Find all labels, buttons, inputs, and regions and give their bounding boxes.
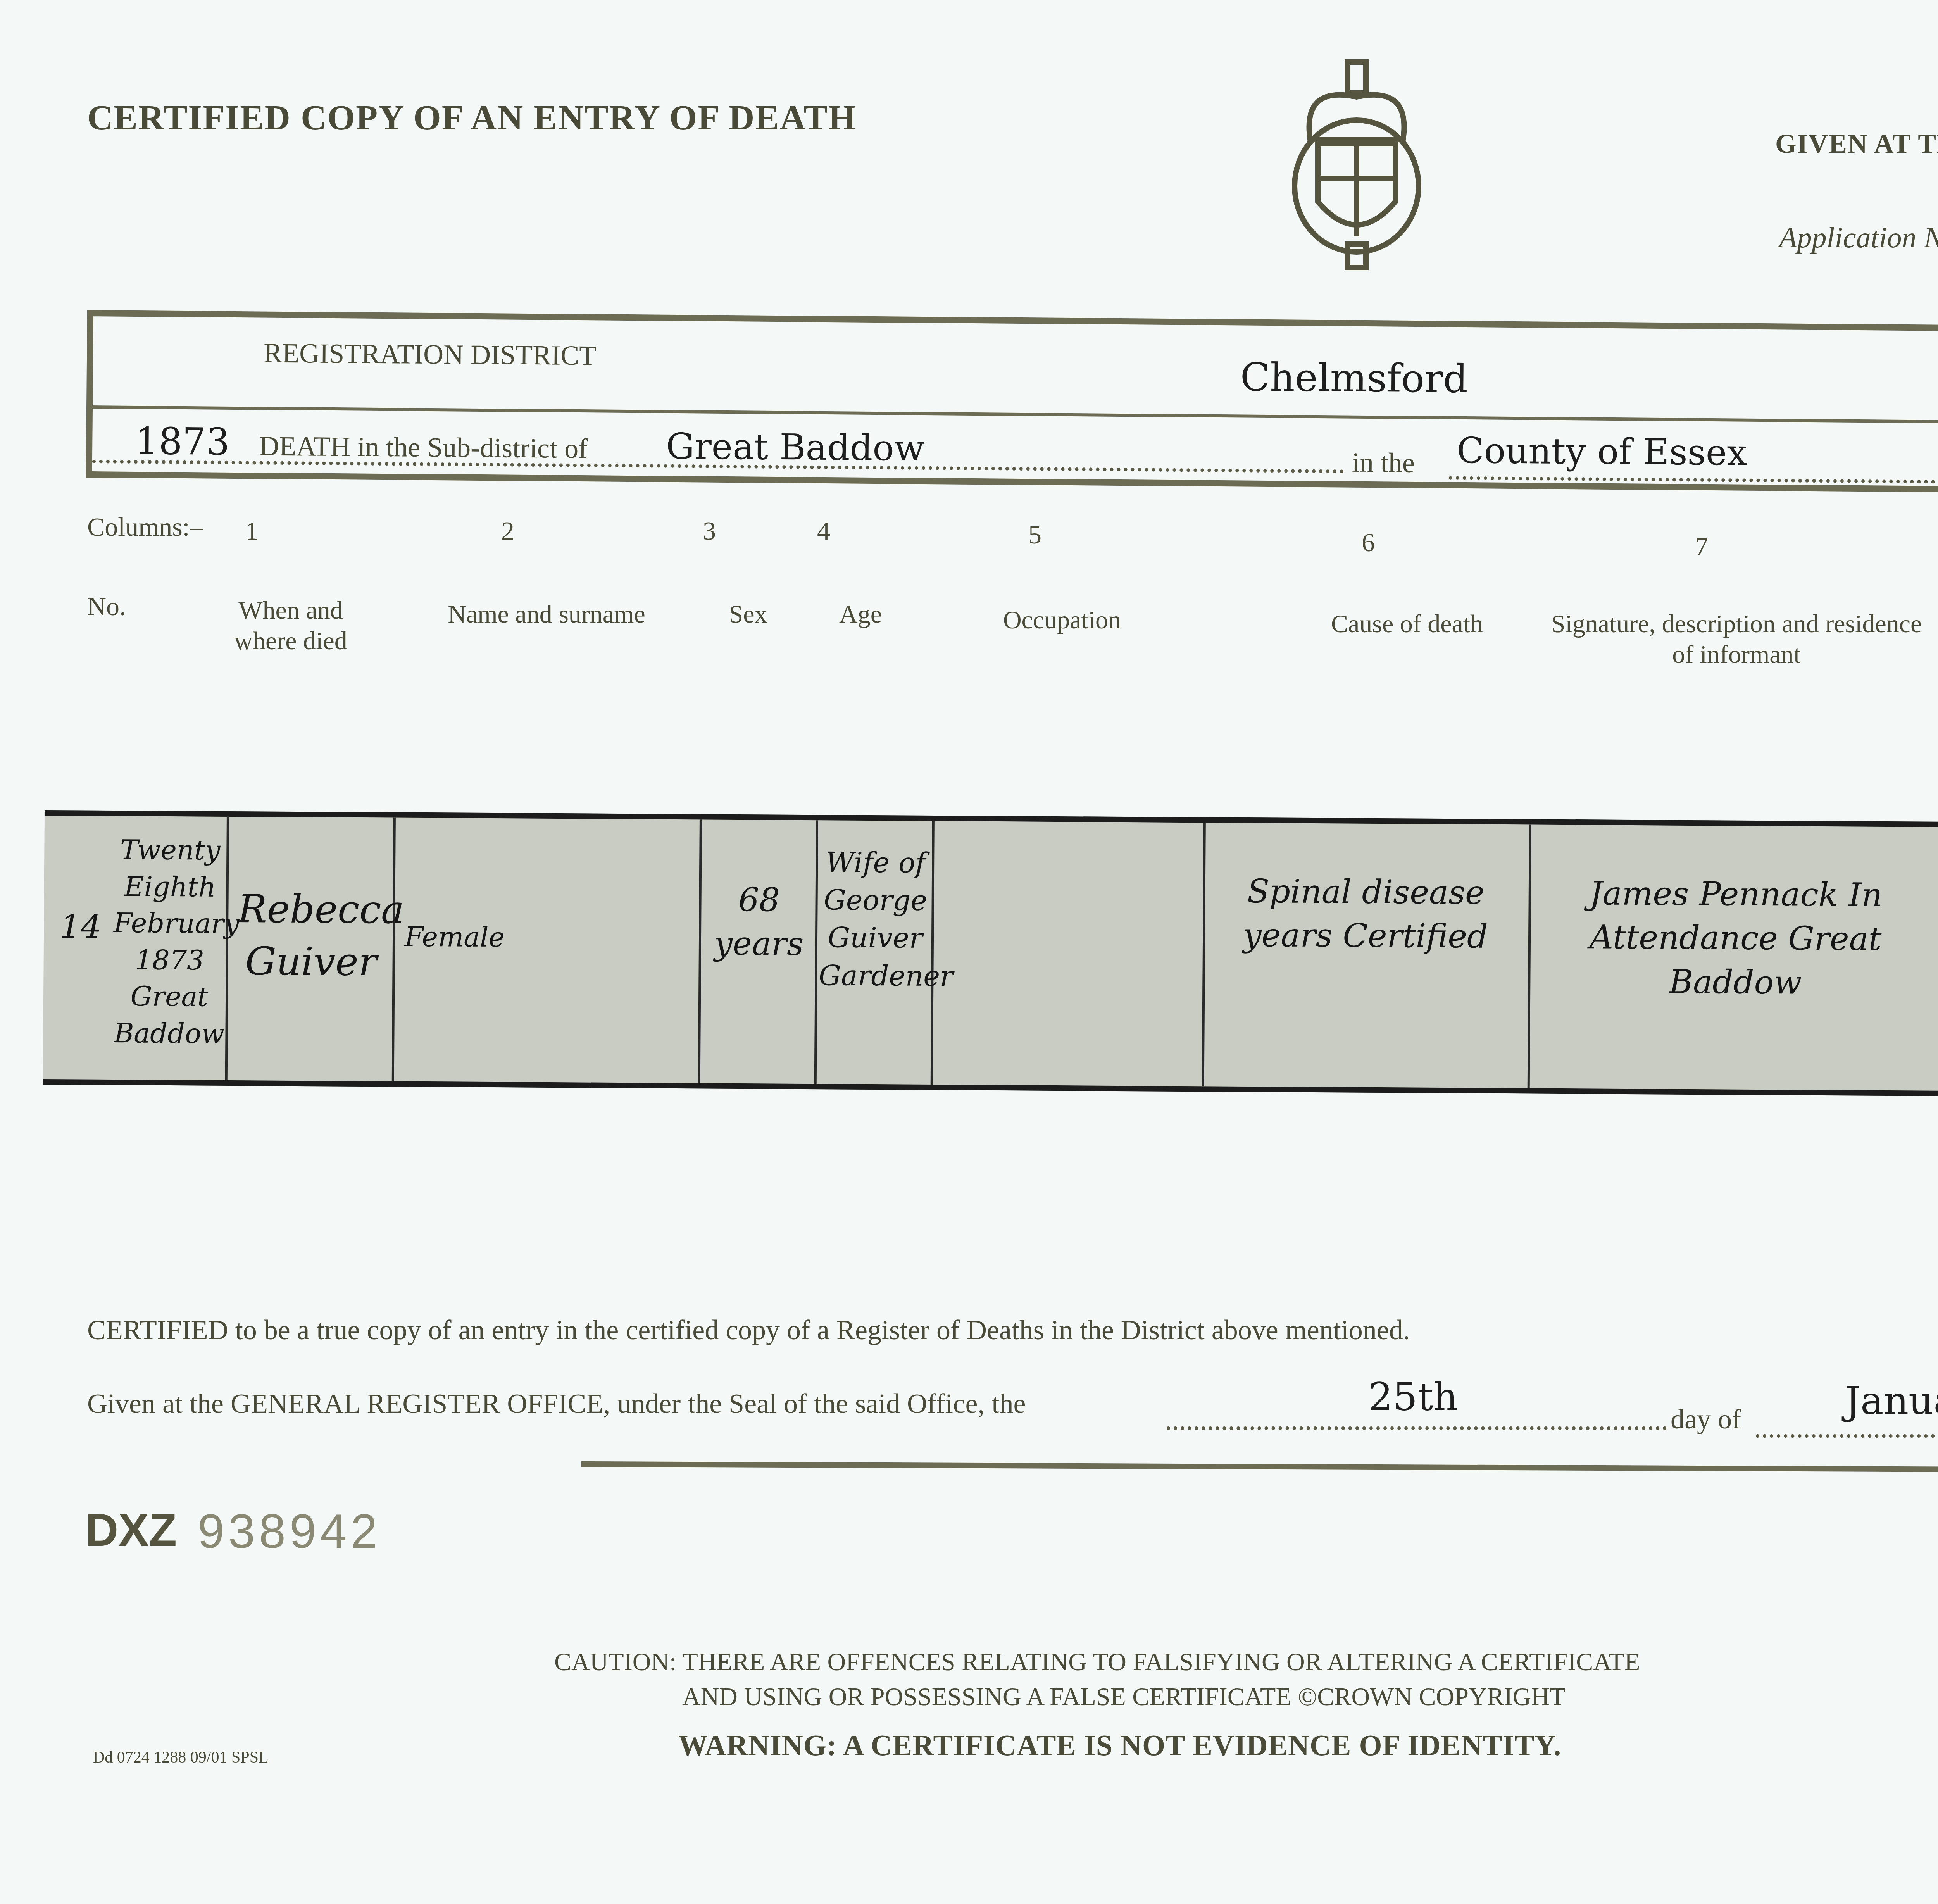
column-header-2: Name and surname: [419, 599, 674, 629]
serial-prefix: DXZ: [85, 1504, 177, 1557]
register-entry-strip: 14 Twenty Eighth February 1873 Great Bad…: [43, 810, 1938, 1099]
entry-sex: Female: [397, 919, 513, 956]
county-dotted-line: [1449, 476, 1938, 488]
column-number-4: 4: [785, 516, 862, 546]
day-of-label: day of: [1671, 1403, 1741, 1435]
certification-statement: CERTIFIED to be a true copy of an entry …: [87, 1314, 1410, 1346]
caution-line-2: AND USING OR POSSESSING A FALSE CERTIFIC…: [682, 1682, 1565, 1712]
signature-rule: [581, 1461, 1938, 1473]
royal-crest-icon: [1279, 54, 1434, 271]
entry-cause-of-death: Spinal disease years Certified: [1207, 869, 1525, 959]
entry-name-surname: Rebecca Guiver: [237, 883, 385, 988]
given-at-prefix: GIVEN AT THE: [1775, 129, 1938, 159]
column-header-5: Occupation: [961, 605, 1163, 635]
column-number-2: 2: [469, 516, 547, 546]
caution-line-1: CAUTION: THERE ARE OFFENCES RELATING TO …: [554, 1647, 1640, 1677]
subdistrict-value: Great Baddow: [666, 426, 925, 469]
in-the-label: in the: [1352, 447, 1415, 479]
registration-district-value: Chelmsford: [1240, 354, 1468, 402]
column-number-7: 7: [1663, 531, 1740, 562]
registration-divider: [93, 405, 1938, 427]
entry-occupation: Wife of George Guiver Gardener: [819, 843, 932, 995]
column-header-6: Cause of death: [1271, 609, 1543, 639]
entry-no: 14: [52, 905, 110, 949]
county-value: County of Essex: [1457, 430, 1747, 474]
column-number-1: 1: [213, 516, 291, 546]
application-number-label: Application Number: [1779, 221, 1938, 255]
column-header-7: Signature, description and residence of …: [1550, 609, 1922, 670]
column-header-1: When and where died: [209, 595, 372, 656]
column-header-4: Age: [814, 599, 907, 629]
death-year-value: 1873: [135, 419, 230, 464]
column-no-label: No.: [87, 591, 126, 622]
issue-month-dotted-line: [1756, 1434, 1938, 1438]
issue-month-value: January: [1845, 1378, 1938, 1423]
issue-day-dotted-line: [1167, 1426, 1667, 1430]
entry-informant: James Pennack In Attendance Great Baddow: [1532, 871, 1938, 1005]
column-number-6: 6: [1329, 527, 1407, 558]
serial-number: 938942: [198, 1504, 381, 1559]
given-at-heading: GIVEN AT THE GENERAL REGISTER OFFICE: [1775, 116, 1938, 162]
certificate-title: CERTIFIED COPY OF AN ENTRY OF DEATH: [87, 97, 857, 138]
issue-day-value: 25th: [1368, 1374, 1458, 1419]
registration-district-label: REGISTRATION DISTRICT: [264, 337, 597, 372]
identity-warning: WARNING: A CERTIFICATE IS NOT EVIDENCE O…: [678, 1729, 1561, 1763]
columns-label: Columns:–: [87, 512, 203, 542]
given-at-statement: Given at the GENERAL REGISTER OFFICE, un…: [87, 1388, 1026, 1420]
column-number-5: 5: [996, 519, 1074, 550]
column-number-3: 3: [671, 516, 748, 546]
registration-box: REGISTRATION DISTRICT Chelmsford 1873 DE…: [86, 310, 1938, 496]
entry-when-where-died: Twenty Eighth February 1873 Great Baddow: [113, 831, 226, 1052]
death-subdistrict-label: DEATH in the Sub-district of: [259, 430, 588, 465]
column-header-3: Sex: [702, 599, 795, 629]
form-code: Dd 0724 1288 09/01 SPSL: [93, 1748, 269, 1767]
entry-age: 68 years: [703, 878, 816, 966]
